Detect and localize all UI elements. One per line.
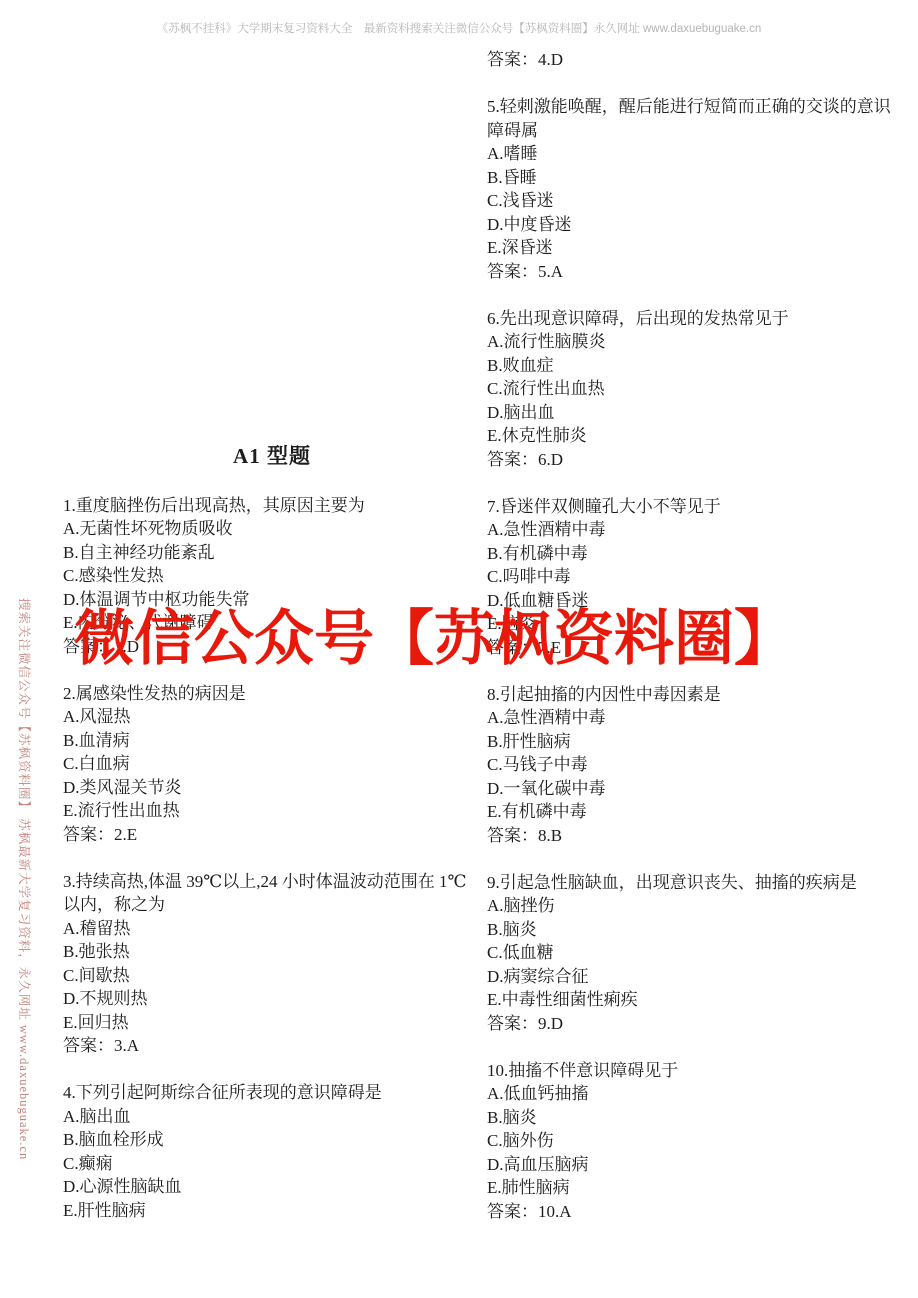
question-option: A.风湿热 <box>63 705 481 729</box>
section-title: A1 型题 <box>63 442 481 470</box>
question-stem: 2.属感染性发热的病因是 <box>63 682 481 706</box>
question-option: E.肝性脑病 <box>63 1199 481 1223</box>
question-option: B.败血症 <box>487 354 903 378</box>
question-option: C.感染性发热 <box>63 564 481 588</box>
question-option: B.脑炎 <box>487 918 903 942</box>
question-option: B.血清病 <box>63 729 481 753</box>
question-option: E.回归热 <box>63 1011 481 1035</box>
question-option: C.癫痫 <box>63 1152 481 1176</box>
question-option: D.病窦综合征 <box>487 965 903 989</box>
question-stem: 5.轻刺激能唤醒，醒后能进行短简而正确的交谈的意识障碍属 <box>487 95 903 142</box>
question-answer: 答案：8.B <box>487 824 903 848</box>
question-option: D.中度昏迷 <box>487 213 903 237</box>
left-column: A1 型题 1.重度脑挫伤后出现高热，其原因主要为 A.无菌性坏死物质吸收B.自… <box>63 442 481 1222</box>
question-block: 8.引起抽搐的内因性中毒因素是 A.急性酒精中毒B.肝性脑病C.马钱子中毒D.一… <box>487 683 903 848</box>
question-option: A.脑出血 <box>63 1105 481 1129</box>
question-option: C.脑外伤 <box>487 1129 903 1153</box>
question-answer: 答案：3.A <box>63 1034 481 1058</box>
question-option: B.自主神经功能紊乱 <box>63 541 481 565</box>
page-header-text: 《苏枫不挂科》大学期末复习资料大全 最新资料搜索关注微信公众号【苏枫资料圈】永久… <box>0 20 918 36</box>
question-stem: 10.抽搐不伴意识障碍见于 <box>487 1059 903 1083</box>
question-option: E.休克性肺炎 <box>487 424 903 448</box>
question-option: C.白血病 <box>63 752 481 776</box>
question-option: A.流行性脑膜炎 <box>487 330 903 354</box>
question-option: C.间歇热 <box>63 964 481 988</box>
question-option: B.昏睡 <box>487 166 903 190</box>
question-stem: 7.昏迷伴双侧瞳孔大小不等见于 <box>487 495 903 519</box>
question-block: 2.属感染性发热的病因是 A.风湿热B.血清病C.白血病D.类风湿关节炎E.流行… <box>63 682 481 847</box>
question-option: D.脑出血 <box>487 401 903 425</box>
question-answer: 答案：9.D <box>487 1012 903 1036</box>
question-option: E.深昏迷 <box>487 236 903 260</box>
question-answer: 答案：4.D <box>487 48 903 72</box>
question-option: C.吗啡中毒 <box>487 565 903 589</box>
question-stem: 4.下列引起阿斯综合征所表现的意识障碍是 <box>63 1081 481 1105</box>
question-option: A.急性酒精中毒 <box>487 518 903 542</box>
question-option: A.嗜睡 <box>487 142 903 166</box>
question-block: 4.下列引起阿斯综合征所表现的意识障碍是 A.脑出血B.脑血栓形成C.癫痫D.心… <box>63 1081 481 1222</box>
question-option: D.类风湿关节炎 <box>63 776 481 800</box>
question-block: 6.先出现意识障碍，后出现的发热常见于 A.流行性脑膜炎B.败血症C.流行性出血… <box>487 307 903 472</box>
question-option: B.脑血栓形成 <box>63 1128 481 1152</box>
question-stem: 8.引起抽搐的内因性中毒因素是 <box>487 683 903 707</box>
question-option: A.稽留热 <box>63 917 481 941</box>
question-answer: 答案：5.A <box>487 260 903 284</box>
question-answer: 答案：10.A <box>487 1200 903 1224</box>
question-stem: 1.重度脑挫伤后出现高热，其原因主要为 <box>63 494 481 518</box>
question-option: B.有机磷中毒 <box>487 542 903 566</box>
question-option: E.流行性出血热 <box>63 799 481 823</box>
question-stem: 6.先出现意识障碍，后出现的发热常见于 <box>487 307 903 331</box>
question-option: D.一氧化碳中毒 <box>487 777 903 801</box>
question-option: B.弛张热 <box>63 940 481 964</box>
question-option: C.浅昏迷 <box>487 189 903 213</box>
question-answer: 答案：2.E <box>63 823 481 847</box>
question-option: C.流行性出血热 <box>487 377 903 401</box>
question-block: 9.引起急性脑缺血，出现意识丧失、抽搐的疾病是 A.脑挫伤B.脑炎C.低血糖D.… <box>487 871 903 1036</box>
question-block: 3.持续高热,体温 39℃以上,24 小时体温波动范围在 1℃以内，称之为 A.… <box>63 870 481 1058</box>
question-stem: 3.持续高热,体温 39℃以上,24 小时体温波动范围在 1℃以内，称之为 <box>63 870 481 917</box>
question-option: B.脑炎 <box>487 1106 903 1130</box>
question-option: D.不规则热 <box>63 987 481 1011</box>
question-option: B.肝性脑病 <box>487 730 903 754</box>
question-block: 5.轻刺激能唤醒，醒后能进行短简而正确的交谈的意识障碍属 A.嗜睡B.昏睡C.浅… <box>487 95 903 283</box>
question-option: C.马钱子中毒 <box>487 753 903 777</box>
question-option: E.中毒性细菌性痢疾 <box>487 988 903 1012</box>
side-watermark-text: 搜索关注微信公众号【苏枫资料圈】 苏枫最新大学复习资料，永久网址 www.dax… <box>16 598 34 1160</box>
question-block: 10.抽搐不伴意识障碍见于 A.低血钙抽搐B.脑炎C.脑外伤D.高血压脑病E.肺… <box>487 1059 903 1224</box>
question-option: E.有机磷中毒 <box>487 800 903 824</box>
question-option: D.高血压脑病 <box>487 1153 903 1177</box>
question-option: E.肺性脑病 <box>487 1176 903 1200</box>
center-watermark-text: 微信公众号【苏枫资料圈】 <box>74 603 794 675</box>
question-option: A.急性酒精中毒 <box>487 706 903 730</box>
question-option: D.心源性脑缺血 <box>63 1175 481 1199</box>
question-option: C.低血糖 <box>487 941 903 965</box>
question-stem: 9.引起急性脑缺血，出现意识丧失、抽搐的疾病是 <box>487 871 903 895</box>
question-option: A.脑挫伤 <box>487 894 903 918</box>
question-option: A.低血钙抽搐 <box>487 1082 903 1106</box>
question-answer: 答案：6.D <box>487 448 903 472</box>
question-option: A.无菌性坏死物质吸收 <box>63 517 481 541</box>
